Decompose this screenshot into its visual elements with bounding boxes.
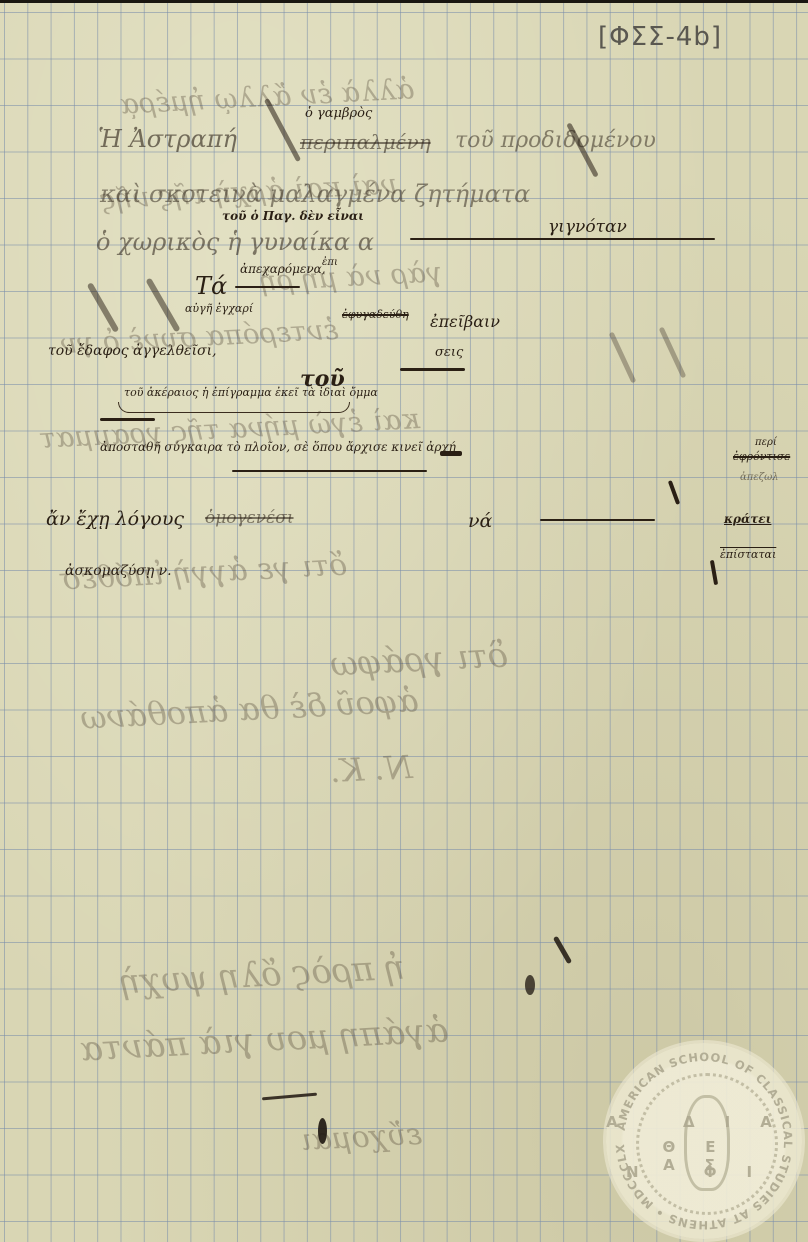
insertion-brace — [118, 402, 350, 413]
bleed-through-text: ἀφοῦ δὲ θα ἀποθάνω — [79, 681, 419, 737]
struck-word: περιπαλμένη — [300, 130, 431, 154]
annotation-right: σεις — [435, 345, 463, 360]
underline — [232, 470, 427, 472]
institution-seal: Α ΔΙΑ ΘΕ ΑΣ Ν ΦΙ AMERICAN SCHOOL OF CLAS… — [606, 1043, 802, 1239]
annotation-small: ἐπι — [322, 257, 338, 268]
dash-mark — [100, 418, 155, 421]
manuscript-line-cont: τοῦ προδιδομένου — [455, 128, 656, 153]
margin-note: ἐφρόντισε — [733, 450, 790, 463]
strikethrough — [540, 519, 655, 521]
struck-word: ἐφυγαδεύθη — [342, 308, 409, 321]
manuscript-line: καὶ σκοτεινὰ μαλαγμένα ζητήματα — [100, 180, 530, 208]
manuscript-line: ἄν ἔχῃ λόγους — [46, 508, 184, 530]
scan-edge — [0, 0, 808, 3]
manuscript-line: ἐπεῖβαιν — [430, 312, 500, 331]
struck-word: ὁμογενέσι — [205, 508, 294, 528]
bleed-through-stroke — [262, 1093, 317, 1101]
bleed-through-stroke — [609, 332, 637, 384]
manuscript-line: Τά — [195, 272, 227, 300]
bleed-through-stroke — [318, 1118, 327, 1144]
annotation-above: ἀπεχαρόμενα, — [240, 262, 326, 276]
underline — [400, 368, 465, 371]
bleed-through-stroke — [659, 327, 687, 379]
annotation-above: αὐγῆ ἐγχαρί — [185, 302, 253, 315]
annotation-right: γιγνόταν — [548, 217, 627, 237]
bleed-through-text: ἀγάπη μου γιὰ πάντα — [79, 1010, 450, 1069]
manuscript-line: ἀποσταθῆ σύγκαιρα τὸ πλοῖον, σὲ ὅπου ἄρχ… — [100, 440, 456, 454]
annotation-above: ὁ γαμβρὸς — [305, 106, 372, 121]
manuscript-line: ἀσκομαζύσῃ ν. — [65, 563, 172, 579]
svg-text:AMERICAN SCHOOL OF CLASSICAL S: AMERICAN SCHOOL OF CLASSICAL STUDIES AT … — [606, 1043, 795, 1232]
manuscript-line: τοῦ ἔδαφος ἀγγελθεῖσι, — [48, 343, 217, 359]
bleed-through-text: Ν. Κ. — [329, 748, 413, 790]
archive-reference: [ΦΣΣ-4b] — [598, 22, 722, 52]
bleed-through-stroke — [553, 936, 572, 964]
manuscript-line: ὁ χωρικὸς ἡ γυναίκα α — [96, 228, 374, 256]
bleed-through-text: ὃτι γράφω — [329, 635, 509, 684]
dash-mark — [440, 451, 462, 456]
bleed-through-text: ἡ πρὸς ὅλη ψυχὴ — [119, 948, 406, 1003]
manuscript-line-cont: νά — [468, 510, 492, 532]
seal-ring-text: AMERICAN SCHOOL OF CLASSICAL STUDIES AT … — [606, 1043, 802, 1239]
ink-mark — [710, 560, 718, 585]
strikethrough — [235, 286, 300, 288]
bleed-through-stroke — [525, 975, 535, 995]
margin-note: ἐπίσταται — [720, 548, 776, 561]
manuscript-line: Ἡ Ἀστραπή — [98, 125, 237, 153]
annotation-above: τοῦ ὁ Παγ. δὲν εἶναι — [222, 209, 364, 223]
manuscript-page: [ΦΣΣ-4b] ἀλλὰ ἐν ἄλλῳ ἡμέρᾳ ναὶ καὶ ἀρχὴ… — [0, 0, 808, 1242]
margin-note: ἀπεζωλ — [740, 472, 779, 483]
ink-mark — [668, 480, 680, 505]
bracketed-insertion: τοῦ ἀκέραιος ἡ ἐπίγραμμα ἐκεῖ τὰ ἰδιαὶ ὄ… — [124, 386, 378, 399]
margin-note: κράτει — [724, 512, 771, 526]
margin-note: περί — [755, 437, 777, 448]
underline — [410, 238, 715, 240]
